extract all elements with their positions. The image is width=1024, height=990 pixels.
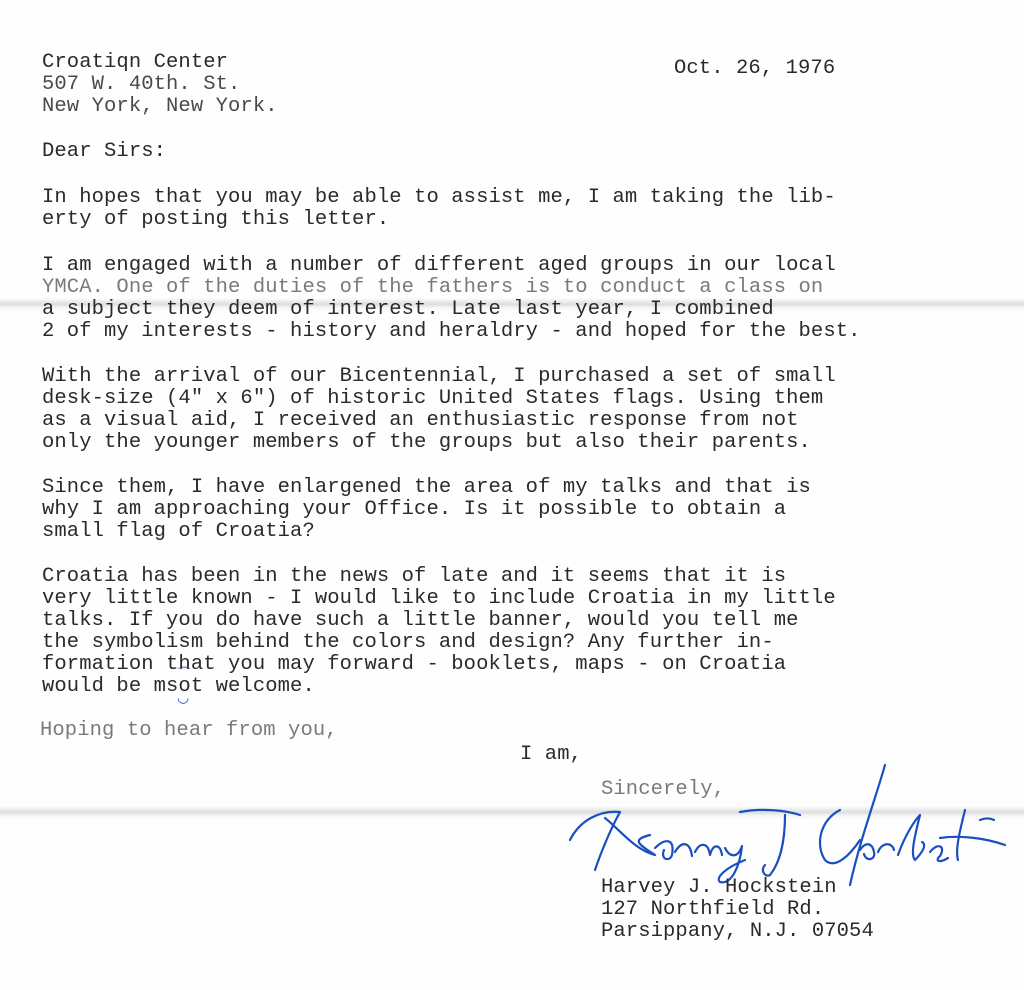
body-line: I am engaged with a number of different … [42, 255, 836, 277]
sender-name: Harvey J. Hockstein [601, 877, 837, 899]
recipient-name: Croatiqn Center [42, 52, 228, 74]
recipient-street: 507 W. 40th. St. [42, 74, 240, 96]
body-line: very little known - I would like to incl… [42, 588, 836, 610]
body-line: Croatia has been in the news of late and… [42, 566, 786, 588]
sender-city: Parsippany, N.J. 07054 [601, 921, 874, 943]
body-line: as a visual aid, I received an enthusias… [42, 410, 799, 432]
closing-line: Hoping to hear from you, [40, 720, 338, 742]
sender-street: 127 Northfield Rd. [601, 899, 824, 921]
body-line: formation that you may forward - booklet… [42, 654, 786, 676]
letter-date: Oct. 26, 1976 [674, 58, 835, 80]
handwritten-signature [560, 760, 1010, 890]
body-line: In hopes that you may be able to assist … [42, 187, 836, 209]
body-line: 2 of my interests - history and heraldry… [42, 321, 861, 343]
body-line: a subject they deem of interest. Late la… [42, 299, 774, 321]
body-line: erty of posting this letter. [42, 209, 389, 231]
body-line: With the arrival of our Bicentennial, I … [42, 366, 836, 388]
body-line: only the younger members of the groups b… [42, 432, 811, 454]
body-line: small flag of Croatia? [42, 521, 315, 543]
body-line: talks. If you do have such a little bann… [42, 610, 799, 632]
salutation: Dear Sirs: [42, 141, 166, 163]
body-line: desk-size (4" x 6") of historic United S… [42, 388, 823, 410]
body-line: Since them, I have enlargened the area o… [42, 477, 811, 499]
body-line: why I am approaching your Office. Is it … [42, 499, 786, 521]
body-line: YMCA. One of the duties of the fathers i… [42, 277, 823, 299]
recipient-city: New York, New York. [42, 96, 278, 118]
proofreading-transpose-mark-icon: ◡ [177, 690, 189, 706]
letter-page: Croatiqn Center 507 W. 40th. St. New Yor… [0, 0, 1024, 990]
proofreading-transpose-mark-icon: ⌒ [177, 664, 191, 684]
body-line: the symbolism behind the colors and desi… [42, 632, 774, 654]
